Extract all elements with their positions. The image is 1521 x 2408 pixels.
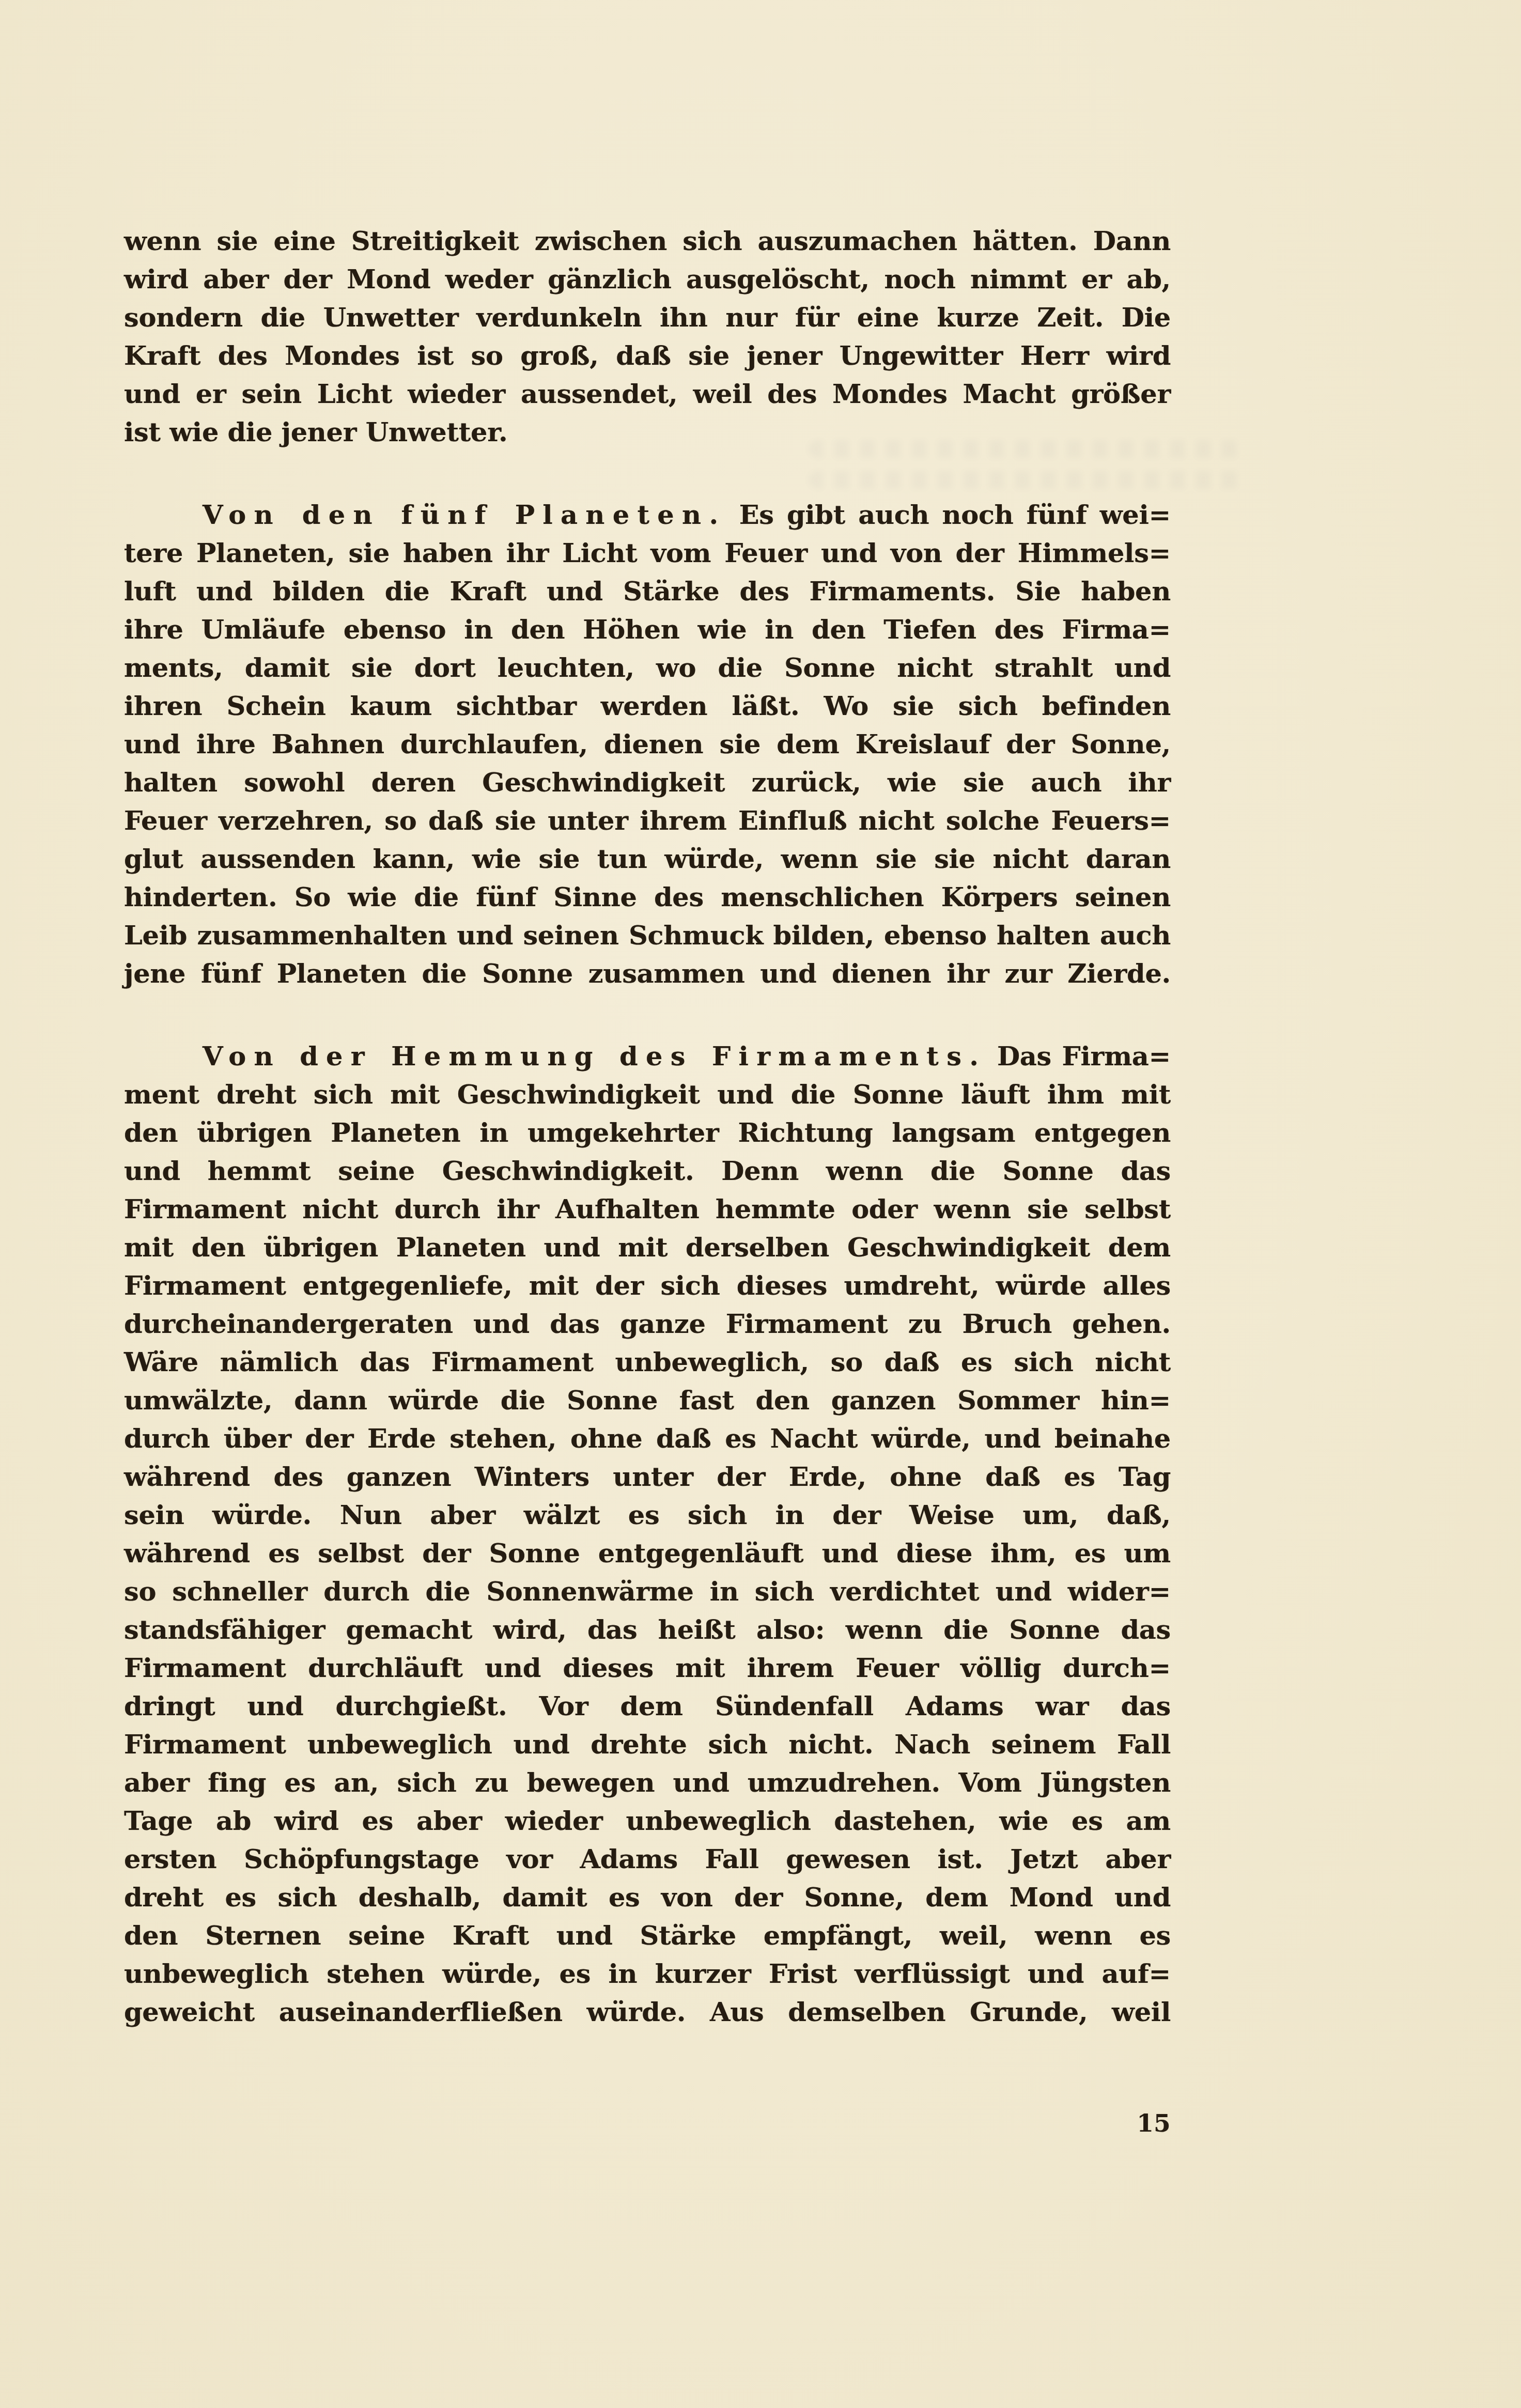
text-line: während es selbst der Sonne entgegenläuf… bbox=[124, 1534, 1171, 1573]
text-line: wird aber der Mond weder gänzlich ausgel… bbox=[124, 260, 1171, 299]
paragraph: Von der Hemmung des Firmaments. Das Firm… bbox=[124, 1037, 1171, 2031]
text-line: durch über der Erde stehen, ohne daß es … bbox=[124, 1420, 1171, 1458]
text-line: ment dreht sich mit Geschwindigkeit und … bbox=[124, 1076, 1171, 1114]
section-heading: Von den fünf Planeten. bbox=[203, 500, 726, 531]
text-line: Von der Hemmung des Firmaments. Das Firm… bbox=[124, 1037, 1171, 1076]
text-line: und ihre Bahnen durchlaufen, dienen sie … bbox=[124, 725, 1171, 764]
text-line: hinderten. So wie die fünf Sinne des men… bbox=[124, 878, 1171, 916]
paragraph: wenn sie eine Streitigkeit zwischen sich… bbox=[124, 222, 1171, 452]
text-line: aber fing es an, sich zu bewegen und umz… bbox=[124, 1764, 1171, 1802]
text-line: Kraft des Mondes ist so groß, daß sie je… bbox=[124, 337, 1171, 375]
text-line: tere Planeten, sie haben ihr Licht vom F… bbox=[124, 534, 1171, 572]
text-line: während des ganzen Winters unter der Erd… bbox=[124, 1458, 1171, 1496]
text-line: ihre Umläufe ebenso in den Höhen wie in … bbox=[124, 611, 1171, 649]
text-line: Firmament unbeweglich und drehte sich ni… bbox=[124, 1726, 1171, 1764]
text-line: ments, damit sie dort leuchten, wo die S… bbox=[124, 649, 1171, 687]
text-line: Tage ab wird es aber wieder unbeweglich … bbox=[124, 1802, 1171, 1840]
text-line: jene fünf Planeten die Sonne zusammen un… bbox=[124, 955, 1171, 993]
text-line: dreht es sich deshalb, damit es von der … bbox=[124, 1878, 1171, 1917]
text-line: so schneller durch die Sonnenwärme in si… bbox=[124, 1573, 1171, 1611]
text-line: den Sternen seine Kraft und Stärke empfä… bbox=[124, 1917, 1171, 1955]
text-block: wenn sie eine Streitigkeit zwischen sich… bbox=[124, 222, 1171, 2031]
text-line: Firmament durchläuft und dieses mit ihre… bbox=[124, 1649, 1171, 1687]
text-line: mit den übrigen Planeten und mit derselb… bbox=[124, 1229, 1171, 1267]
text-line: und er sein Licht wieder aussendet, weil… bbox=[124, 375, 1171, 413]
text-line: ihren Schein kaum sichtbar werden läßt. … bbox=[124, 687, 1171, 725]
text-line: sein würde. Nun aber wälzt es sich in de… bbox=[124, 1496, 1171, 1534]
text-line: ist wie die jener Unwetter. bbox=[124, 413, 1171, 452]
text-line: standsfähiger gemacht wird, das heißt al… bbox=[124, 1611, 1171, 1649]
text-line: durcheinandergeraten und das ganze Firma… bbox=[124, 1305, 1171, 1343]
text-line: Leib zusammenhalten und seinen Schmuck b… bbox=[124, 916, 1171, 955]
text-line: halten sowohl deren Geschwindigkeit zurü… bbox=[124, 764, 1171, 802]
text-line: geweicht auseinanderfließen würde. Aus d… bbox=[124, 1993, 1171, 2031]
section-heading: Von der Hemmung des Firmaments. bbox=[203, 1041, 986, 1072]
text-line: luft und bilden die Kraft und Stärke des… bbox=[124, 572, 1171, 611]
text-line: wenn sie eine Streitigkeit zwischen sich… bbox=[124, 222, 1171, 260]
text-line: Firmament nicht durch ihr Aufhalten hemm… bbox=[124, 1190, 1171, 1229]
text-line: unbeweglich stehen würde, es in kurzer F… bbox=[124, 1955, 1171, 1993]
paragraph: Von den fünf Planeten. Es gibt auch noch… bbox=[124, 496, 1171, 993]
text-line: sondern die Unwetter verdunkeln ihn nur … bbox=[124, 299, 1171, 337]
text-line: Firmament entgegenliefe, mit der sich di… bbox=[124, 1267, 1171, 1305]
text-line: umwälzte, dann würde die Sonne fast den … bbox=[124, 1381, 1171, 1420]
text-line: dringt und durchgießt. Vor dem Sündenfal… bbox=[124, 1687, 1171, 1726]
text-line: ersten Schöpfungstage vor Adams Fall gew… bbox=[124, 1840, 1171, 1878]
text-line: den übrigen Planeten in umgekehrter Rich… bbox=[124, 1114, 1171, 1152]
text-line: Feuer verzehren, so daß sie unter ihrem … bbox=[124, 802, 1171, 840]
page-number: 15 bbox=[1120, 2108, 1187, 2140]
text-line: Wäre nämlich das Firmament unbeweglich, … bbox=[124, 1343, 1171, 1381]
text-line: glut aussenden kann, wie sie tun würde, … bbox=[124, 840, 1171, 878]
text-line: Von den fünf Planeten. Es gibt auch noch… bbox=[124, 496, 1171, 534]
book-page: wenn sie eine Streitigkeit zwischen sich… bbox=[0, 0, 1521, 2408]
text-line: und hemmt seine Geschwindigkeit. Denn we… bbox=[124, 1152, 1171, 1190]
